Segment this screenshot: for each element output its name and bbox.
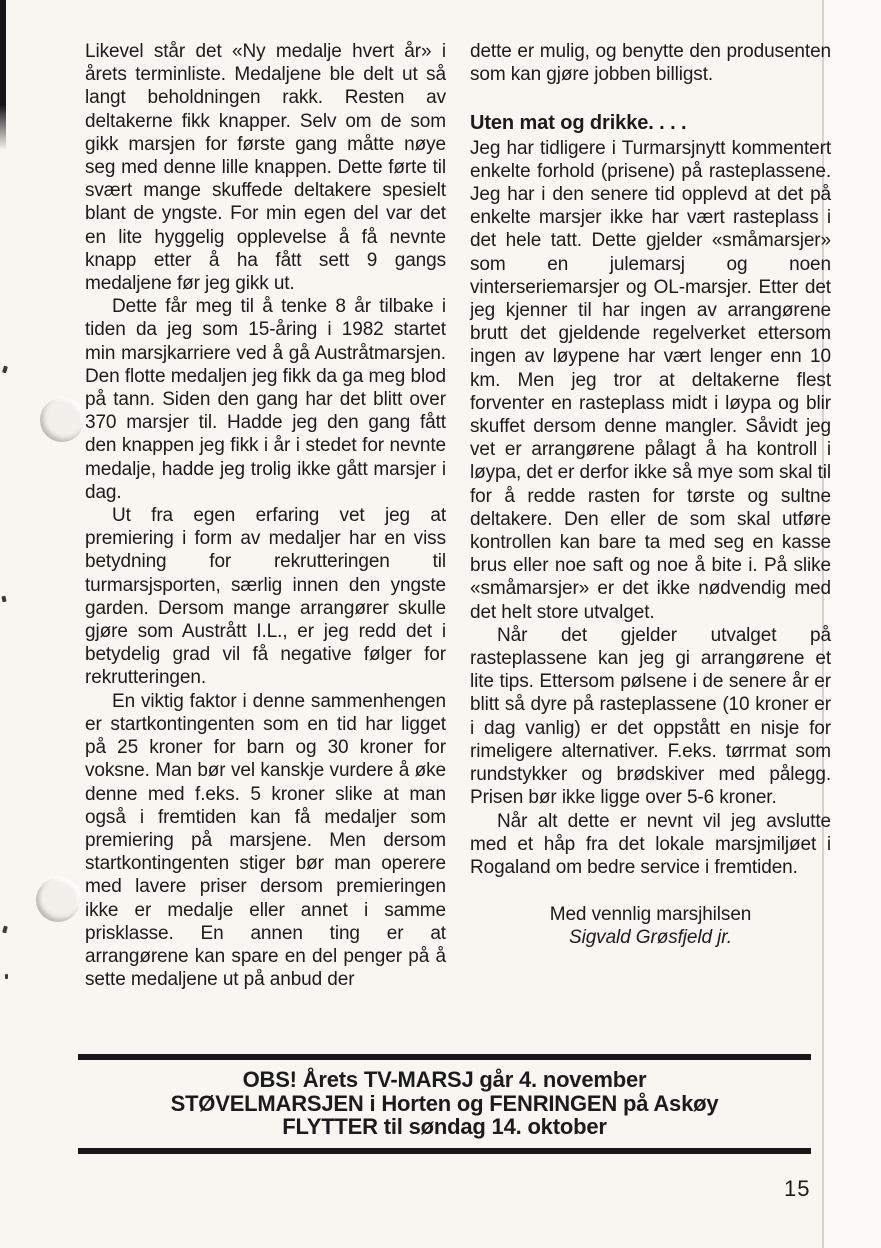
paragraph: Jeg har tidligere i Turmarsjnytt komment… <box>470 137 831 624</box>
closing-salutation: Med vennlig marsjhilsen <box>470 903 831 926</box>
scanned-document-page: Likevel står det «Ny medalje hvert år» i… <box>0 0 881 1248</box>
paragraph: Ut fra egen erfaring vet jeg at premieri… <box>85 504 446 690</box>
scan-speck <box>2 926 8 934</box>
scan-speck <box>2 366 8 374</box>
scan-edge-shadow <box>0 0 6 150</box>
hole-punch <box>36 878 80 922</box>
page-number: 15 <box>784 1176 810 1202</box>
paragraph: Når det gjelder utvalget på rasteplassen… <box>470 624 831 810</box>
scan-speck <box>1 596 6 603</box>
paragraph: En viktig faktor i denne sammenhengen er… <box>85 690 446 992</box>
paragraph: Dette får meg til å tenke 8 år tilbake i… <box>85 295 446 504</box>
right-column: dette er mulig, og benytte den produsent… <box>470 40 831 950</box>
notice-box: OBS! Årets TV-MARSJ går 4. november STØV… <box>78 1054 811 1154</box>
closing-block: Med vennlig marsjhilsen Sigvald Grøsfjel… <box>470 903 831 949</box>
notice-line: OBS! Årets TV-MARSJ går 4. november <box>78 1068 811 1092</box>
scan-speck <box>5 974 8 979</box>
notice-line: FLYTTER til søndag 14. oktober <box>78 1115 811 1139</box>
notice-line: STØVELMARSJEN i Horten og FENRINGEN på A… <box>78 1092 811 1116</box>
paragraph: Likevel står det «Ny medalje hvert år» i… <box>85 40 446 295</box>
section-heading: Uten mat og drikke. . . . <box>470 112 831 135</box>
hole-punch <box>40 398 84 442</box>
paragraph: Når alt dette er nevnt vil jeg avslutte … <box>470 810 831 880</box>
page-edge-band <box>824 0 881 1248</box>
closing-signature: Sigvald Grøsfjeld jr. <box>470 926 831 949</box>
paragraph-continuation: dette er mulig, og benytte den produsent… <box>470 40 831 86</box>
left-column: Likevel står det «Ny medalje hvert år» i… <box>85 40 446 991</box>
